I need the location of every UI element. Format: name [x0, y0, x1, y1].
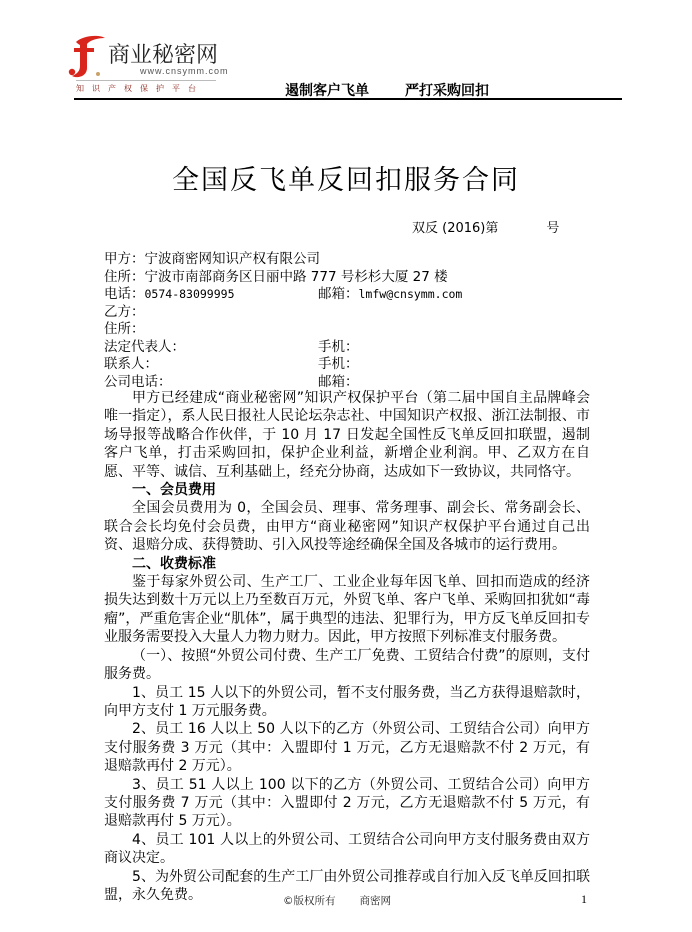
- fee-item-1: 1、员工 15 人以下的外贸公司，暂不支付服务费，当乙方获得退赔款时，向甲方支付…: [104, 684, 590, 721]
- logo: 商业秘密网 www.cnsymm.com 知识产权保护平台: [68, 30, 218, 92]
- document-number-suffix: 号: [546, 221, 559, 236]
- logo-tagline: 知识产权保护平台: [76, 83, 204, 94]
- party-a-address-label: 住所：: [104, 269, 145, 285]
- fees-paragraph-2: （一）、按照“外贸公司付费、生产工厂免费、工贸结合付费”的原则，支付服务费。: [104, 647, 590, 684]
- membership-paragraph: 全国会员费用为 0，全国会员、理事、常务理事、副会长、常务副会长、联合会长均免付…: [104, 499, 590, 554]
- legal-rep-label: 法定代表人：: [104, 339, 185, 355]
- legal-rep-mobile-label: 手机：: [318, 339, 359, 357]
- party-a-contact-row: 电话：0574-83099995 邮箱：lmfw@cnsymm.com: [104, 286, 448, 304]
- slogan-1: 遏制客户飞单: [285, 80, 369, 100]
- party-a-address: 宁波市南部商务区日丽中路 777 号杉杉大厦 27 楼: [145, 269, 448, 285]
- party-a-phone: 0574-83099995: [145, 287, 235, 301]
- logo-url: www.cnsymm.com: [140, 66, 229, 76]
- party-b-label: 乙方：: [104, 304, 145, 320]
- party-b-row: 乙方：: [104, 304, 448, 322]
- intro-paragraph: 甲方已经建成“商业秘密网”知识产权保护平台（第二届中国自主品牌峰会唯一指定），系…: [104, 389, 590, 481]
- party-b-address-row: 住所：: [104, 321, 448, 339]
- party-a-email-label: 邮箱：: [318, 286, 359, 302]
- party-a-email-group: 邮箱：lmfw@cnsymm.com: [318, 286, 462, 304]
- logo-divider: [76, 80, 216, 81]
- party-b-contact-row: 联系人： 手机：: [104, 356, 448, 374]
- party-b-legal-rep-row: 法定代表人： 手机：: [104, 339, 448, 357]
- contact-mobile-label: 手机：: [318, 356, 359, 374]
- contact-label: 联系人：: [104, 356, 158, 372]
- section-heading-membership: 一、会员费用: [104, 481, 590, 499]
- contract-body: 甲方已经建成“商业秘密网”知识产权保护平台（第二届中国自主品牌峰会唯一指定），系…: [104, 389, 590, 904]
- party-a-phone-label: 电话：: [104, 286, 145, 302]
- document-page: 商业秘密网 www.cnsymm.com 知识产权保护平台 遏制客户飞单严打采购…: [0, 0, 692, 932]
- party-a-address-row: 住所：宁波市南部商务区日丽中路 777 号杉杉大厦 27 楼: [104, 269, 448, 287]
- party-b-address-label: 住所：: [104, 321, 145, 337]
- logo-name: 商业秘密网: [108, 38, 218, 69]
- party-a-email: lmfw@cnsymm.com: [359, 287, 463, 301]
- fees-paragraph-1: 鉴于每家外贸公司、生产工厂、工业企业每年因飞单、回扣而造成的经济损失达到数十万元…: [104, 573, 590, 647]
- header-slogans: 遏制客户飞单严打采购回扣: [285, 80, 489, 100]
- footer-copyright: ©版权所有: [283, 895, 336, 907]
- document-number-prefix: 双反 (2016)第: [412, 221, 498, 236]
- slogan-2: 严打采购回扣: [405, 80, 489, 100]
- fee-item-4: 4、员工 101 人以上的外贸公司、工贸结合公司向甲方支付服务费由双方商议决定。: [104, 831, 590, 868]
- footer-site: 商密网: [360, 895, 392, 907]
- party-a-row: 甲方：宁波商密网知识产权有限公司: [104, 251, 448, 269]
- page-number: 1: [581, 892, 587, 907]
- document-title: 全国反飞单反回扣服务合同: [0, 158, 692, 197]
- fee-item-3: 3、员工 51 人以上 100 以下的乙方（外贸公司、工贸结合公司）向甲方支付服…: [104, 776, 590, 831]
- section-heading-fees: 二、收费标准: [104, 555, 590, 573]
- document-number: 双反 (2016)第号: [412, 217, 559, 236]
- party-a-label: 甲方：: [104, 251, 145, 267]
- company-phone-label: 公司电话：: [104, 374, 172, 390]
- logo-mark-icon: [68, 34, 106, 80]
- party-a-value: 宁波商密网知识产权有限公司: [145, 251, 321, 267]
- header-divider: [74, 98, 622, 100]
- party-info: 甲方：宁波商密网知识产权有限公司 住所：宁波市南部商务区日丽中路 777 号杉杉…: [104, 251, 448, 391]
- page-footer: ©版权所有商密网: [283, 893, 391, 908]
- fee-item-2: 2、员工 16 人以上 50 人以下的乙方（外贸公司、工贸结合公司）向甲方支付服…: [104, 720, 590, 775]
